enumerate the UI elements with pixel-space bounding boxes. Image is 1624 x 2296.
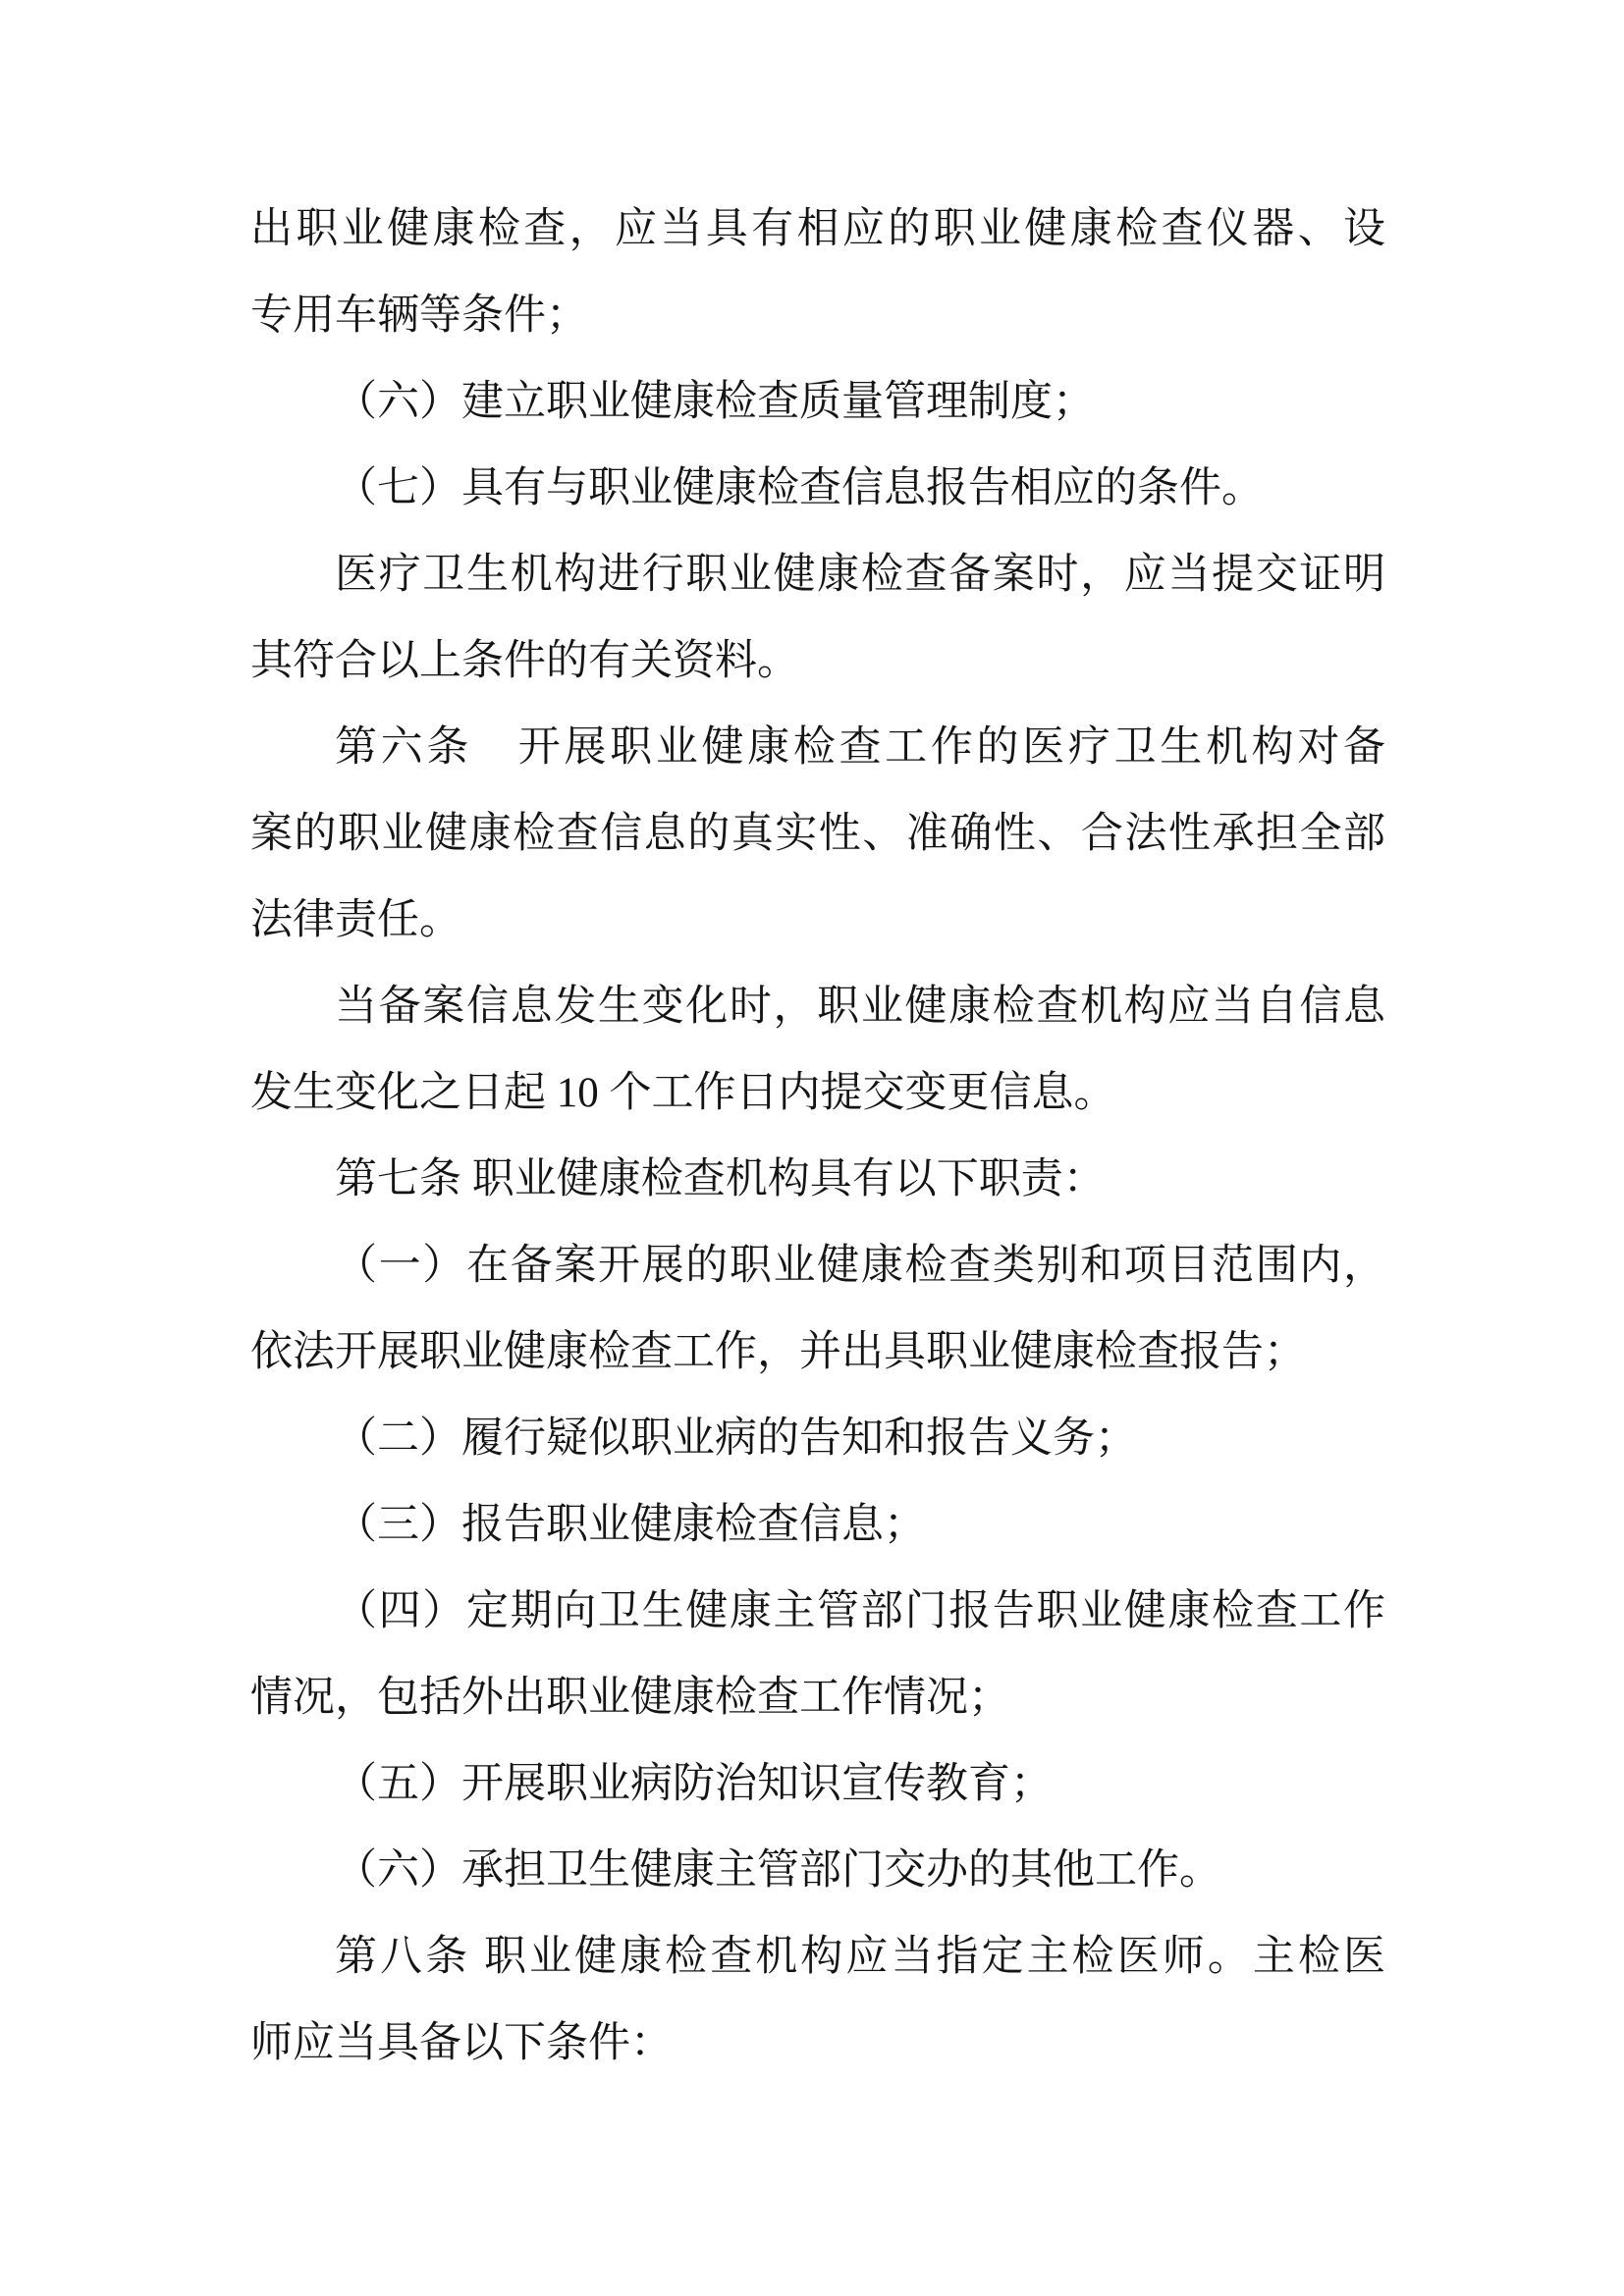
text-line: 情况，包括外出职业健康检查工作情况； <box>250 1655 1385 1741</box>
text-line: （六）建立职业健康检查质量管理制度； <box>250 359 1385 446</box>
text-line: （五）开展职业病防治知识宣传教育； <box>250 1741 1385 1828</box>
text-line: （四）定期向卫生健康主管部门报告职业健康检查工作 <box>250 1569 1385 1655</box>
text-line: 当备案信息发生变化时，职业健康检查机构应当自信息 <box>250 964 1385 1050</box>
text-line: （七）具有与职业健康检查信息报告相应的条件。 <box>250 446 1385 532</box>
text-line: 师应当具备以下条件： <box>250 2001 1385 2087</box>
document-page: 出职业健康检查，应当具有相应的职业健康检查仪器、设备、专用车辆等条件；（六）建立… <box>0 0 1624 2296</box>
text-line: 案的职业健康检查信息的真实性、准确性、合法性承担全部 <box>250 791 1385 878</box>
text-line: 法律责任。 <box>250 878 1385 964</box>
text-line: 依法开展职业健康检查工作，并出具职业健康检查报告； <box>250 1309 1385 1396</box>
text-line: （六）承担卫生健康主管部门交办的其他工作。 <box>250 1828 1385 1914</box>
text-line: （三）报告职业健康检查信息； <box>250 1482 1385 1569</box>
text-line: 其符合以上条件的有关资料。 <box>250 618 1385 705</box>
text-line: （二）履行疑似职业病的告知和报告义务； <box>250 1396 1385 1482</box>
text-line: 出职业健康检查，应当具有相应的职业健康检查仪器、设备、 <box>250 187 1385 273</box>
text-line: 医疗卫生机构进行职业健康检查备案时，应当提交证明 <box>250 532 1385 618</box>
text-line: 第六条 开展职业健康检查工作的医疗卫生机构对备 <box>250 705 1385 791</box>
text-line: （一）在备案开展的职业健康检查类别和项目范围内， <box>250 1223 1385 1309</box>
document-body: 出职业健康检查，应当具有相应的职业健康检查仪器、设备、专用车辆等条件；（六）建立… <box>250 187 1385 2087</box>
text-line: 第七条 职业健康检查机构具有以下职责： <box>250 1137 1385 1223</box>
text-line: 第八条 职业健康检查机构应当指定主检医师。主检医 <box>250 1914 1385 2001</box>
text-line: 专用车辆等条件； <box>250 273 1385 359</box>
text-line: 发生变化之日起 10 个工作日内提交变更信息。 <box>250 1050 1385 1137</box>
